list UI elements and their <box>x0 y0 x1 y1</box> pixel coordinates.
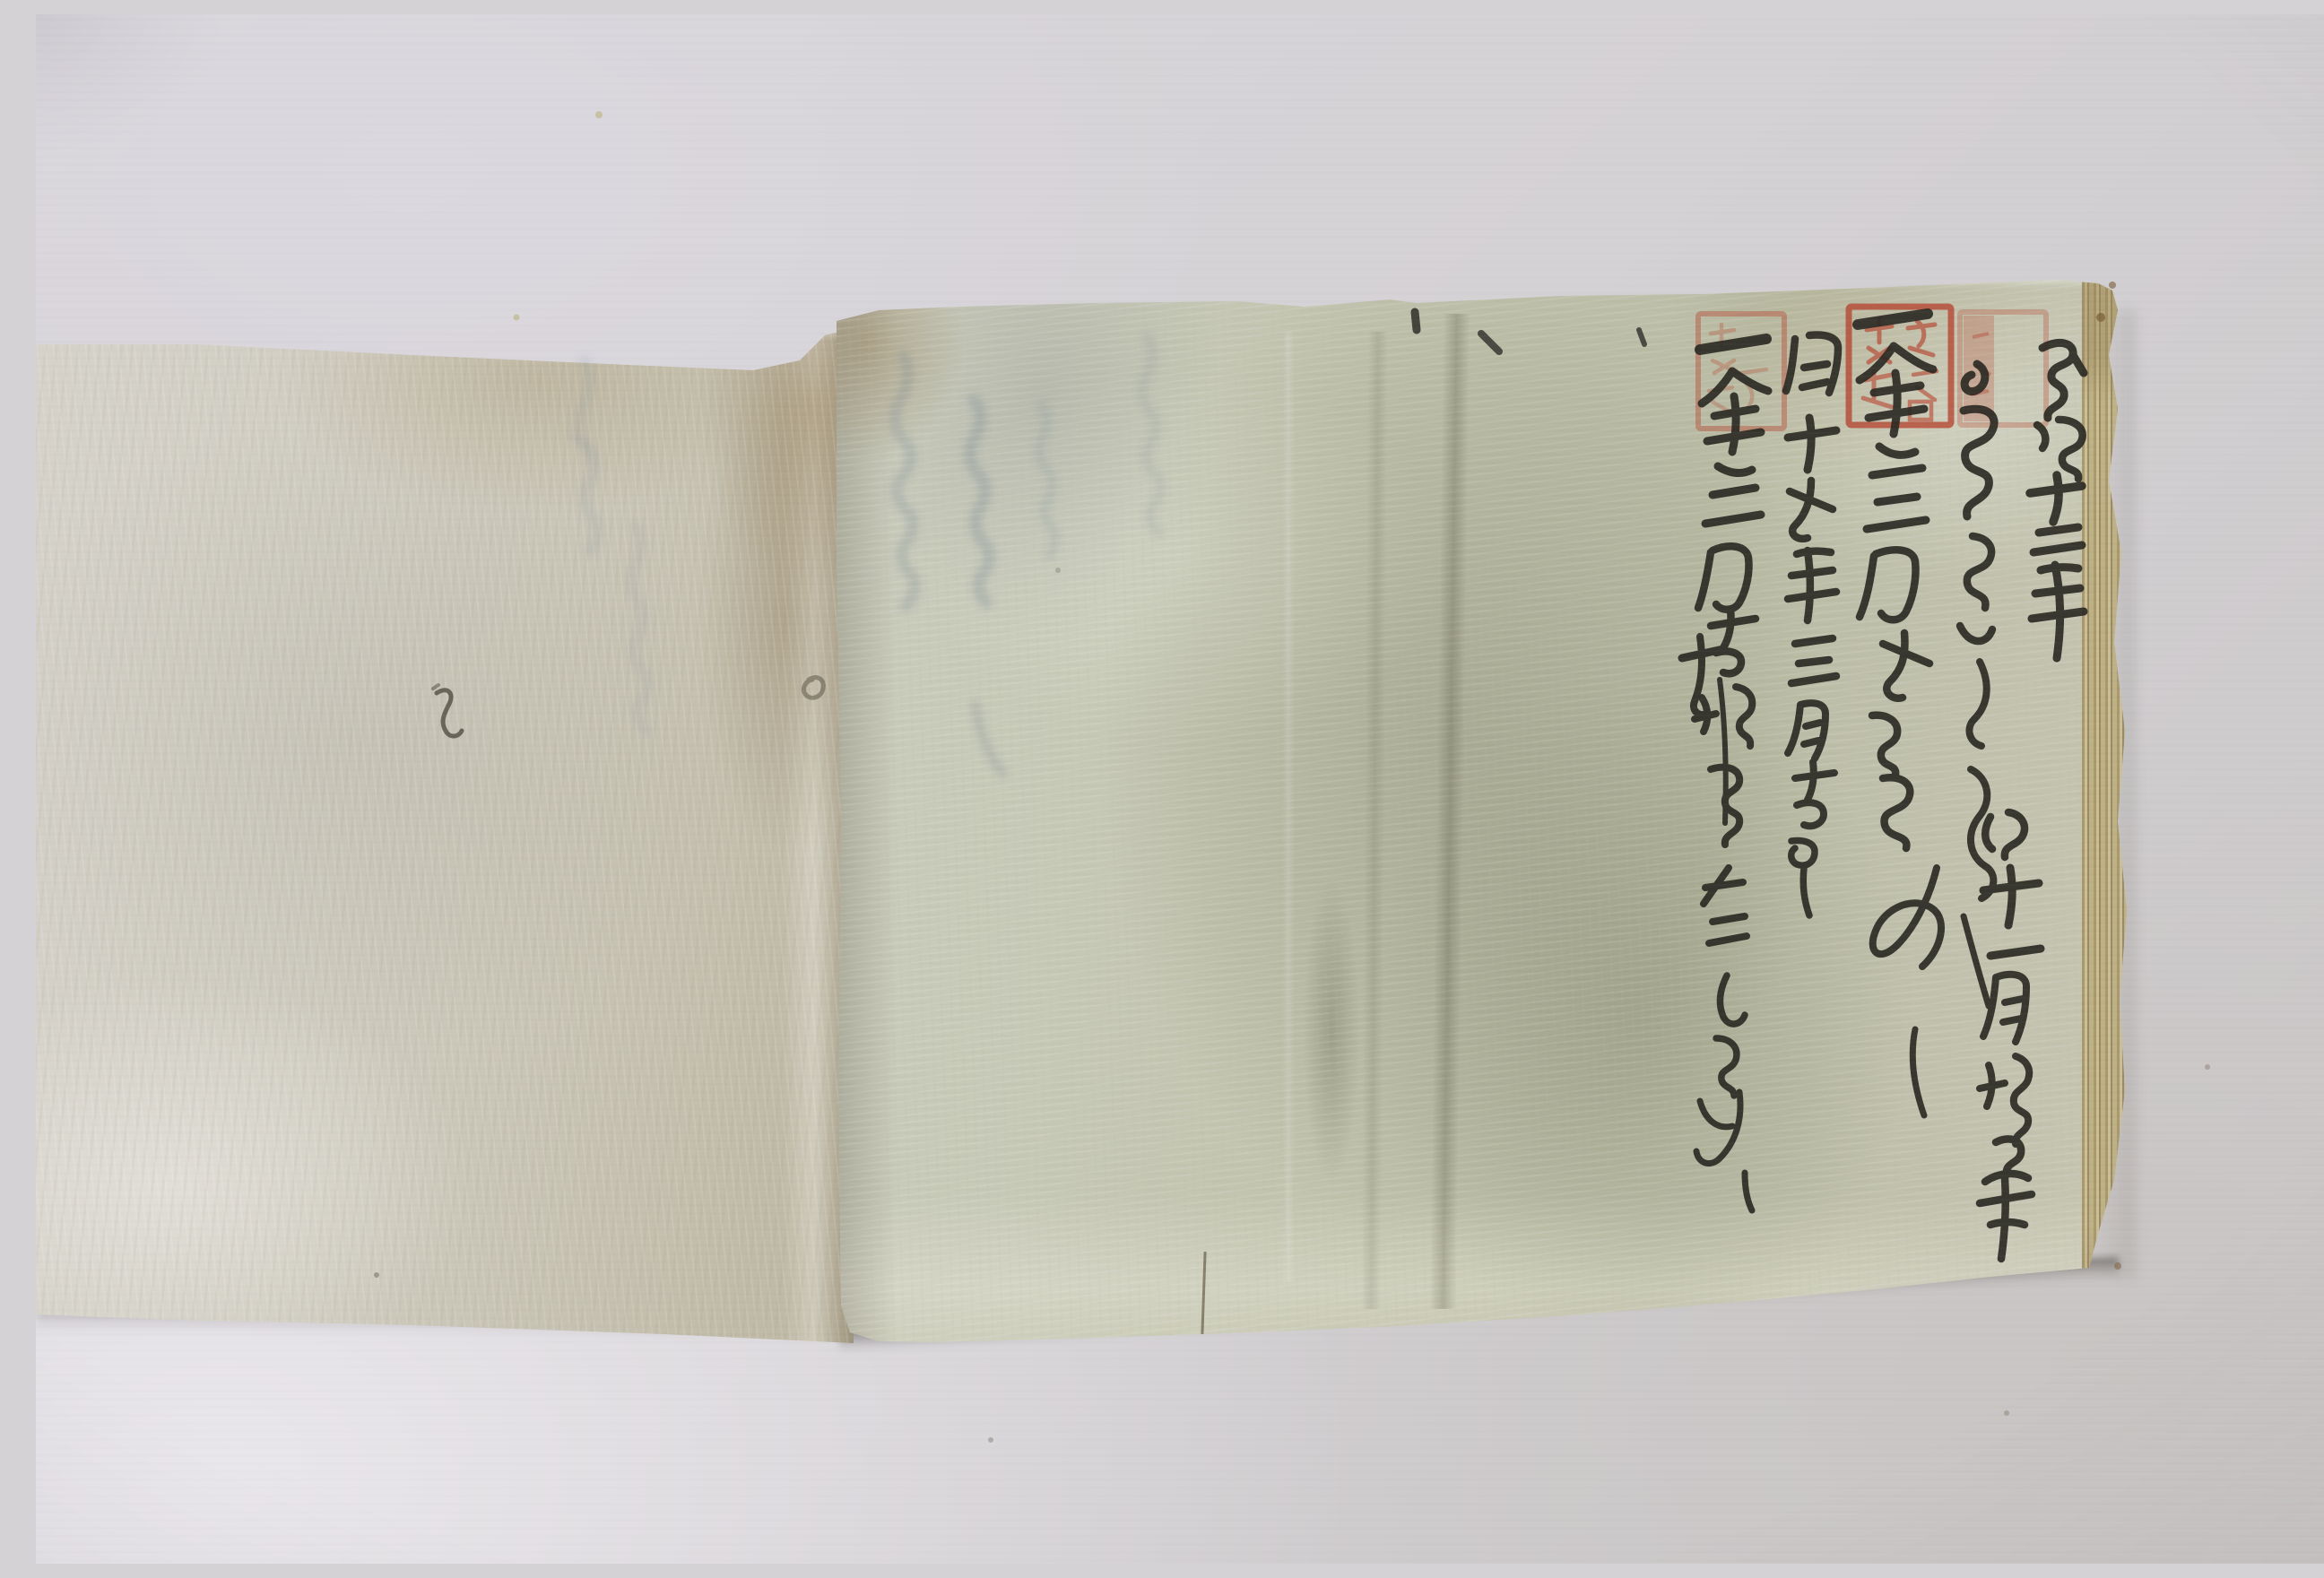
ink-top-edge-specks <box>1415 312 1644 351</box>
dust-specks <box>374 111 2210 1443</box>
bleed-text-left-page <box>570 362 647 732</box>
ink-column-date-17th-year <box>1786 335 1838 915</box>
photo-manuscript-book: Photograph of an opened Meiji-era Japane… <box>36 14 2324 1564</box>
bleed-red-rule-dots <box>976 296 1194 563</box>
ink-column-amount-3yen74 <box>1858 314 1941 1115</box>
left-page-ink-hook <box>433 685 462 736</box>
ink-columns <box>1415 312 2084 1259</box>
ink-column-amount-2yen50 <box>1695 339 1768 1210</box>
bleed-text-right-page <box>895 337 1160 773</box>
fore-edge-chips <box>2096 282 2121 1270</box>
ink-column-date-meiji12 <box>2030 342 2084 658</box>
ink-column-flourish <box>1960 364 1994 1006</box>
gutter-ink-curl <box>803 678 823 698</box>
ink-overlay <box>36 14 2324 1564</box>
ink-column-month-carry <box>1980 812 2041 1259</box>
